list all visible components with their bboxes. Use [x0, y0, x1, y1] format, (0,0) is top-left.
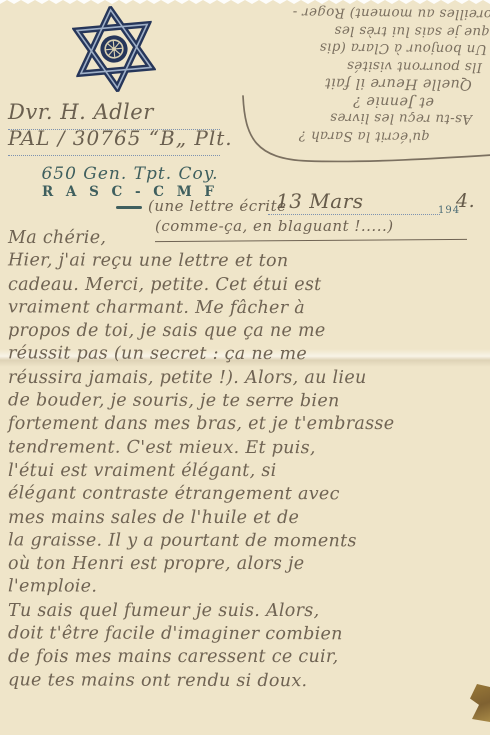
- letter-line: l'étui est vraiment élégant, si: [8, 460, 488, 483]
- letter-line: propos de toi, je sais que ça ne me: [8, 320, 488, 343]
- service-number-platoon: PAL / 30765 “B„ Plt.: [8, 126, 233, 150]
- letter-line: la graisse. Il y a pourtant de moments: [8, 529, 488, 554]
- letter-line: cadeau. Merci, petite. Cet étui est: [8, 274, 488, 297]
- letter-line: tendrement. C'est mieux. Et puis,: [8, 436, 488, 461]
- handwritten-date: 13 Mars: [276, 189, 364, 213]
- postscript-line: As-tu reçu les livres: [246, 108, 472, 128]
- printed-dash-rule: [116, 206, 142, 209]
- letter-line: Tu sais quel fumeur je suis. Alors,: [8, 600, 488, 623]
- letter-body: Ma chérie, Hier, j'ai reçu une lettre et…: [8, 227, 488, 693]
- letter-line: Hier, j'ai reçu une lettre et ton: [8, 250, 488, 275]
- star-of-david-steering-wheel-icon: [70, 3, 157, 96]
- letter-line: de fois mes mains caressent ce cuir,: [8, 646, 488, 669]
- letter-line: élégant contraste étrangement avec: [8, 483, 488, 508]
- postscript-line: qu'écrit la Sarah ?: [246, 126, 430, 145]
- letter-line: mes mains sales de l'huile et de: [8, 507, 488, 530]
- postscript-line: et Jennie ?: [246, 91, 434, 110]
- letter-line: où ton Henri est propre, alors je: [8, 553, 488, 576]
- letter-line: réussira jamais, petite !). Alors, au li…: [8, 367, 488, 390]
- soldier-name: Dvr. H. Adler: [8, 100, 154, 124]
- postscript-line: Un bonjour à Clara (dis: [246, 38, 487, 58]
- postscript-line: Quelle Heure il fait: [246, 73, 472, 93]
- letter-body-lines: Hier, j'ai reçu une lettre et toncadeau.…: [8, 250, 488, 693]
- letter-line: l'emploie.: [8, 576, 488, 601]
- handwritten-year-digit: 4.: [456, 190, 475, 212]
- letter-line: réussit pas (un secret : ça ne me: [8, 343, 488, 368]
- letter-page: qu'écrit la Sarah ?As-tu reçu les livres…: [0, 0, 490, 735]
- letter-line: de bouder, je souris, je te serre bien: [8, 389, 488, 414]
- date-note-prefix: (une lettre écrite: [148, 197, 287, 215]
- printed-unit-name: 650 Gen. Tpt. Coy.: [28, 164, 232, 184]
- postscript-line: que je sais lui très les: [246, 20, 490, 40]
- salutation: Ma chérie,: [8, 227, 488, 250]
- inverted-postscript: qu'écrit la Sarah ?As-tu reçu les livres…: [246, 0, 490, 144]
- letter-line: vraiment charmant. Me fâcher à: [8, 296, 488, 321]
- postscript-line: Ils pourront visités: [246, 55, 482, 75]
- postscript-line: oreilles au moment) Roger -: [246, 3, 490, 23]
- letter-line: que tes mains ont rendu si doux.: [8, 669, 488, 694]
- letter-line: fortement dans mes bras, et je t'embrass…: [8, 413, 488, 436]
- letter-line: doit t'être facile d'imaginer combien: [8, 622, 488, 647]
